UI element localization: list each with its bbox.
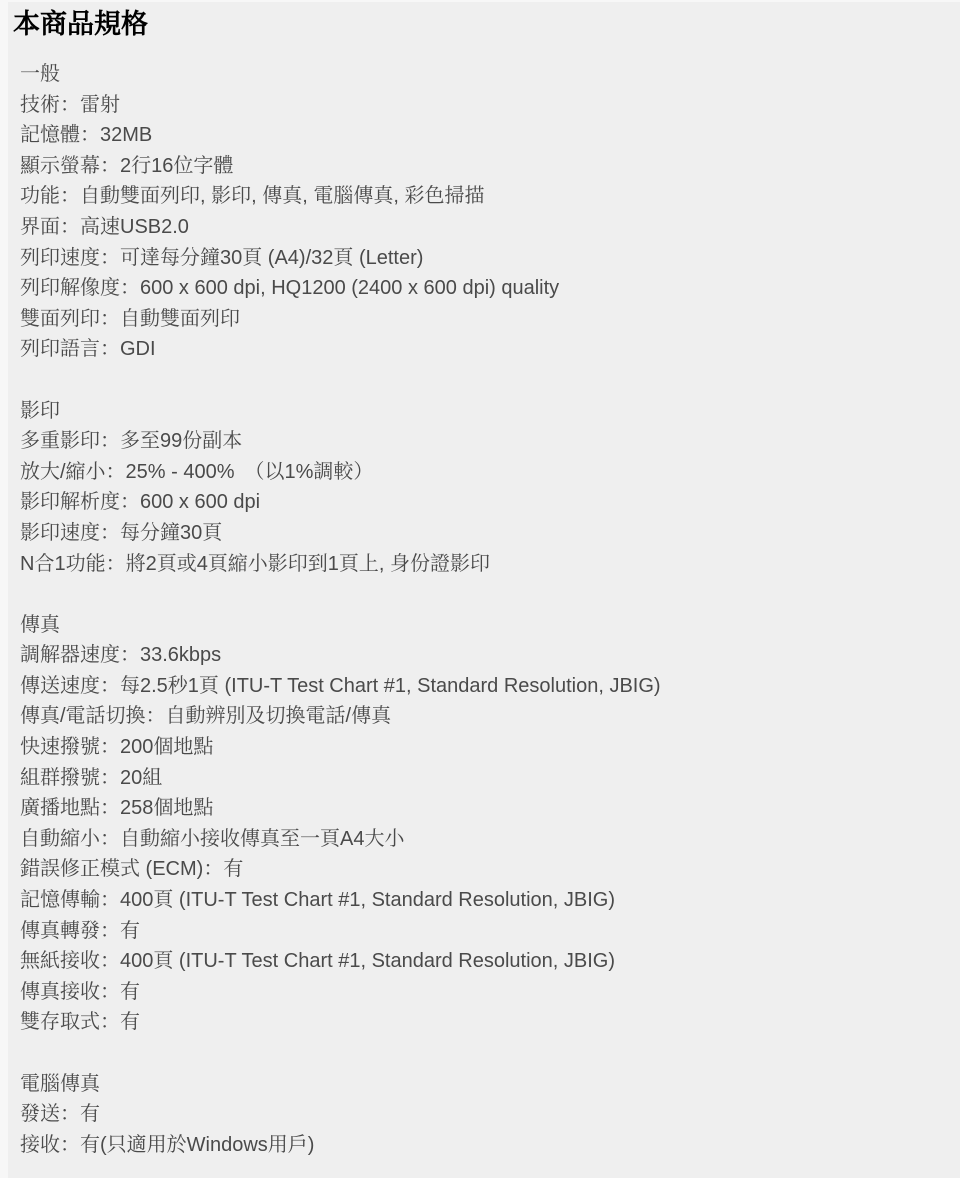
spec-panel: 本商品規格 一般技術：雷射記憶體：32MB顯示螢幕：2行16位字體功能：自動雙面… (8, 2, 960, 1178)
spec-line: 影印速度：每分鐘30頁 (20, 518, 944, 549)
spec-line: 發送：有 (20, 1099, 944, 1130)
spec-line: 列印語言：GDI (20, 334, 944, 365)
section-heading: 電腦傳真 (20, 1069, 944, 1100)
spec-line: 雙存取式：有 (20, 1007, 944, 1038)
spec-line: 記憶傳輸：400頁 (ITU-T Test Chart #1, Standard… (20, 885, 944, 916)
spec-line: 傳真接收：有 (20, 977, 944, 1008)
spec-line: 傳真轉發：有 (20, 916, 944, 947)
section-heading: 影印 (20, 396, 944, 427)
section-spacer (20, 579, 944, 610)
spec-line: 雙面列印：自動雙面列印 (20, 304, 944, 335)
section-heading: 傳真 (20, 610, 944, 641)
spec-line: 快速撥號：200個地點 (20, 732, 944, 763)
page-title: 本商品規格 (13, 8, 148, 40)
spec-line: 傳送速度：每2.5秒1頁 (ITU-T Test Chart #1, Stand… (20, 671, 944, 702)
spec-line: 多重影印：多至99份副本 (20, 426, 944, 457)
spec-line: 自動縮小：自動縮小接收傳真至一頁A4大小 (20, 824, 944, 855)
spec-line: 傳真/電話切換：自動辨別及切換電話/傳真 (20, 701, 944, 732)
section-spacer (20, 1038, 944, 1069)
spec-line: 放大/縮小：25% - 400% （以1%調較） (20, 457, 944, 488)
spec-line: 廣播地點：258個地點 (20, 793, 944, 824)
spec-list: 一般技術：雷射記憶體：32MB顯示螢幕：2行16位字體功能：自動雙面列印, 影印… (20, 59, 944, 1160)
spec-line: 無紙接收：400頁 (ITU-T Test Chart #1, Standard… (20, 946, 944, 977)
spec-line: 功能：自動雙面列印, 影印, 傳真, 電腦傳真, 彩色掃描 (20, 181, 944, 212)
spec-line: 技術：雷射 (20, 90, 944, 121)
spec-line: 影印解析度：600 x 600 dpi (20, 487, 944, 518)
section-spacer (20, 365, 944, 396)
spec-line: 記憶體：32MB (20, 120, 944, 151)
spec-line: 調解器速度：33.6kbps (20, 640, 944, 671)
spec-line: N合1功能：將2頁或4頁縮小影印到1頁上, 身份證影印 (20, 549, 944, 580)
spec-line: 列印速度：可達每分鐘30頁 (A4)/32頁 (Letter) (20, 243, 944, 274)
section-heading: 一般 (20, 59, 944, 90)
spec-line: 列印解像度：600 x 600 dpi, HQ1200 (2400 x 600 … (20, 273, 944, 304)
spec-line: 界面：高速USB2.0 (20, 212, 944, 243)
spec-line: 顯示螢幕：2行16位字體 (20, 151, 944, 182)
spec-line: 組群撥號：20組 (20, 763, 944, 794)
spec-line: 接收：有(只適用於Windows用戶) (20, 1130, 944, 1161)
spec-line: 錯誤修正模式 (ECM)：有 (20, 854, 944, 885)
